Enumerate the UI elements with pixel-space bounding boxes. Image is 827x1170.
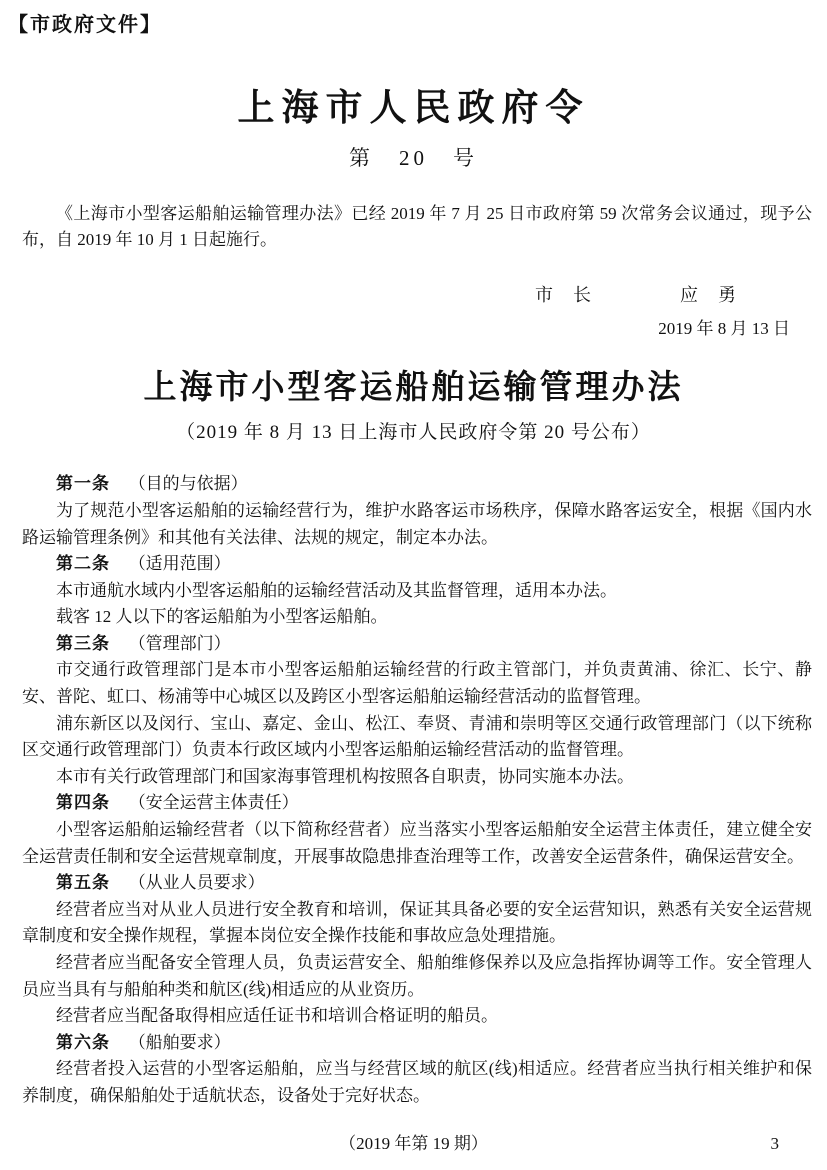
article-paragraph: 为了规范小型客运船舶的运输经营行为，维护水路客运市场秩序，保障水路客运安全，根据… [22, 498, 812, 551]
article-heading: 第六条（船舶要求） [22, 1030, 812, 1057]
article-heading: 第四条（安全运营主体责任） [22, 790, 812, 817]
order-title: 上海市人民政府令 [0, 88, 827, 131]
article-paragraph: 载客 12 人以下的客运船舶为小型客运船舶。 [22, 604, 812, 631]
article-paragraph: 经营者应当配备取得相应适任证书和培训合格证明的船员。 [22, 1003, 812, 1030]
article-paragraph: 经营者投入运营的小型客运船舶，应当与经营区域的航区(线)相适应。经营者应当执行相… [22, 1056, 812, 1109]
article-number: 第四条 [56, 793, 110, 812]
article-number: 第二条 [56, 554, 110, 573]
regulation-subtitle: （2019 年 8 月 13 日上海市人民政府令第 20 号公布） [0, 417, 827, 444]
article-paragraph: 小型客运船舶运输经营者（以下简称经营者）应当落实小型客运船舶安全运营主体责任，建… [22, 817, 812, 870]
article-title: （目的与依据） [129, 474, 248, 493]
signer-title: 市 长 [535, 285, 592, 305]
article-heading: 第二条（适用范围） [22, 551, 812, 578]
article-paragraph: 经营者应当对从业人员进行安全教育和培训，保证其具备必要的安全运营知识，熟悉有关安… [22, 897, 812, 950]
article-paragraph: 本市有关行政管理部门和国家海事管理机构按照各自职责，协同实施本办法。 [22, 764, 812, 791]
article-heading: 第五条（从业人员要求） [22, 870, 812, 897]
signer-name: 应 勇 [680, 285, 737, 305]
article-title: （管理部门） [129, 634, 231, 653]
article-title: （安全运营主体责任） [129, 793, 299, 812]
article-number: 第三条 [56, 634, 110, 653]
article-number: 第六条 [56, 1033, 110, 1052]
page-number: 3 [771, 1134, 780, 1154]
article-heading: 第一条（目的与依据） [22, 471, 812, 498]
article-title: （船舶要求） [129, 1033, 231, 1052]
article-paragraph: 浦东新区以及闵行、宝山、嘉定、金山、松江、奉贤、青浦和崇明等区交通行政管理部门（… [22, 711, 812, 764]
article-number: 第一条 [56, 474, 110, 493]
order-number: 第 20 号 [0, 142, 827, 172]
issue-label: （2019 年第 19 期） [339, 1134, 488, 1153]
signature-date: 2019 年 8 月 13 日 [0, 314, 827, 339]
gazette-page: 【市政府文件】 上海市人民政府令 第 20 号 《上海市小型客运船舶运输管理办法… [0, 0, 827, 1170]
article-heading: 第三条（管理部门） [22, 631, 812, 658]
article-paragraph: 本市通航水域内小型客运船舶的运输经营活动及其监督管理，适用本办法。 [22, 578, 812, 605]
article-number: 第五条 [56, 873, 110, 892]
regulation-body: 第一条（目的与依据） 为了规范小型客运船舶的运输经营行为，维护水路客运市场秩序，… [22, 471, 812, 1109]
regulation-title: 上海市小型客运船舶运输管理办法 [0, 369, 827, 409]
article-paragraph: 经营者应当配备安全管理人员，负责运营安全、船舶维修保养以及应急指挥协调等工作。安… [22, 950, 812, 1003]
article-paragraph: 市交通行政管理部门是本市小型客运船舶运输经营的行政主管部门，并负责黄浦、徐汇、长… [22, 657, 812, 710]
order-intro-paragraph: 《上海市小型客运船舶运输管理办法》已经 2019 年 7 月 25 日市政府第 … [22, 201, 812, 254]
section-label: 【市政府文件】 [8, 8, 162, 37]
article-title: （适用范围） [129, 554, 231, 573]
page-footer: （2019 年第 19 期） 3 [0, 1129, 827, 1154]
article-title: （从业人员要求） [129, 873, 265, 892]
signature-row: 市 长应 勇 [0, 281, 827, 307]
